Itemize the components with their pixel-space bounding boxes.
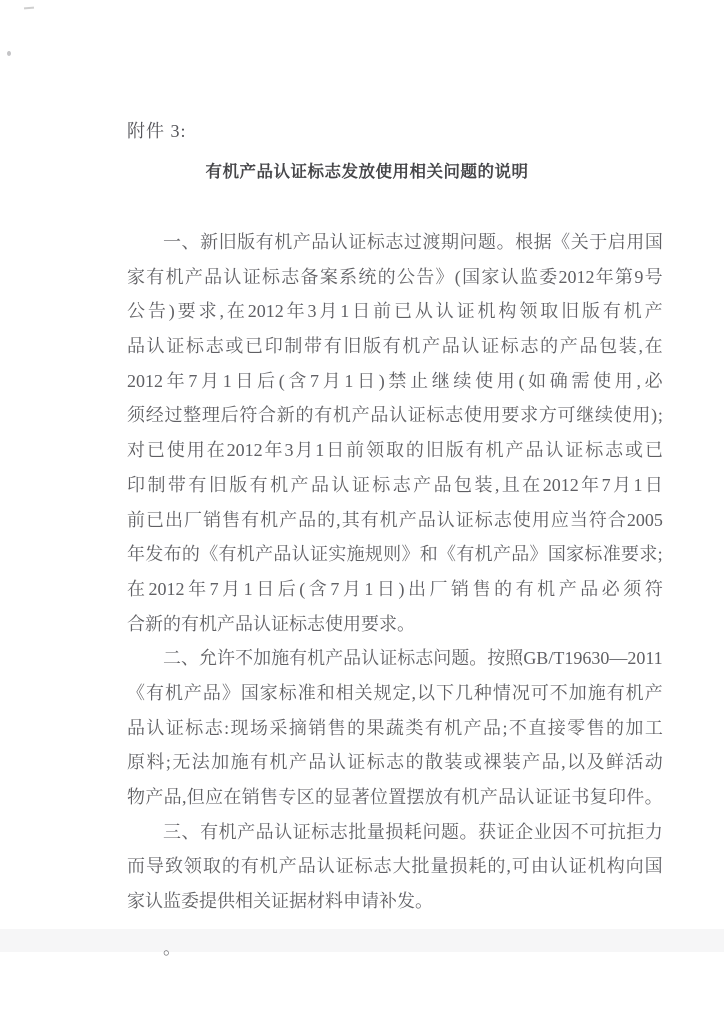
text-line: 。 bbox=[127, 931, 663, 966]
scan-artifact-dash bbox=[24, 7, 34, 10]
text-line: 家认监委提供相关证据材料申请补发。 bbox=[127, 884, 663, 919]
text-line: 印制带有旧版有机产品认证标志产品包装,且在2012年7月1日 bbox=[127, 468, 663, 503]
text-line: 而导致领取的有机产品认证标志大批量损耗的,可由认证机构向国 bbox=[127, 849, 663, 884]
paragraph: 三、有机产品认证标志批量损耗问题。获证企业因不可抗拒力而导致领取的有机产品认证标… bbox=[127, 815, 663, 919]
paragraph: 。 bbox=[127, 931, 663, 966]
paragraphs: 一、新旧版有机产品认证标志过渡期问题。根据《关于启用国家有机产品认证标志备案系统… bbox=[127, 225, 663, 965]
text-line: 须经过整理后符合新的有机产品认证标志使用要求方可继续使用); bbox=[127, 398, 663, 433]
text-line: 品认证标志或已印制带有旧版有机产品认证标志的产品包装,在 bbox=[127, 329, 663, 364]
text-line: 前已出厂销售有机产品的,其有机产品认证标志使用应当符合2005 bbox=[127, 503, 663, 538]
text-line: 对已使用在2012年3月1日前领取的旧版有机产品认证标志或已 bbox=[127, 433, 663, 468]
text-line: 家有机产品认证标志备案系统的公告》(国家认监委2012年第9号 bbox=[127, 260, 663, 295]
paragraph: 二、允许不加施有机产品认证标志问题。按照GB/T19630—2011《有机产品》… bbox=[127, 641, 663, 814]
text-line: 品认证标志:现场采摘销售的果蔬类有机产品;不直接零售的加工 bbox=[127, 711, 663, 746]
document-content: 附件 3: 有机产品认证标志发放使用相关问题的说明 一、新旧版有机产品认证标志过… bbox=[127, 116, 663, 965]
scan-artifact-dot bbox=[7, 51, 11, 56]
document-title: 有机产品认证标志发放使用相关问题的说明 bbox=[127, 160, 663, 184]
text-line: 原料;无法加施有机产品认证标志的散装或裸装产品,以及鲜活动 bbox=[127, 745, 663, 780]
text-line: 年发布的《有机产品认证实施规则》和《有机产品》国家标准要求; bbox=[127, 537, 663, 572]
document-page: 附件 3: 有机产品认证标志发放使用相关问题的说明 一、新旧版有机产品认证标志过… bbox=[0, 0, 724, 1024]
text-line: 在2012年7月1日后(含7月1日)出厂销售的有机产品必须符 bbox=[127, 572, 663, 607]
paragraph: 一、新旧版有机产品认证标志过渡期问题。根据《关于启用国家有机产品认证标志备案系统… bbox=[127, 225, 663, 641]
text-line: 公告)要求,在2012年3月1日前已从认证机构领取旧版有机产 bbox=[127, 294, 663, 329]
text-line: 二、允许不加施有机产品认证标志问题。按照GB/T19630—2011 bbox=[127, 641, 663, 676]
text-line: 2012年7月1日后(含7月1日)禁止继续使用(如确需使用,必 bbox=[127, 364, 663, 399]
text-line: 物产品,但应在销售专区的显著位置摆放有机产品认证证书复印件。 bbox=[127, 780, 663, 815]
text-line: 合新的有机产品认证标志使用要求。 bbox=[127, 607, 663, 642]
text-line: 《有机产品》国家标准和相关规定,以下几种情况可不加施有机产 bbox=[127, 676, 663, 711]
text-line: 三、有机产品认证标志批量损耗问题。获证企业因不可抗拒力 bbox=[127, 815, 663, 850]
text-line: 一、新旧版有机产品认证标志过渡期问题。根据《关于启用国 bbox=[127, 225, 663, 260]
attachment-label: 附件 3: bbox=[127, 116, 663, 146]
